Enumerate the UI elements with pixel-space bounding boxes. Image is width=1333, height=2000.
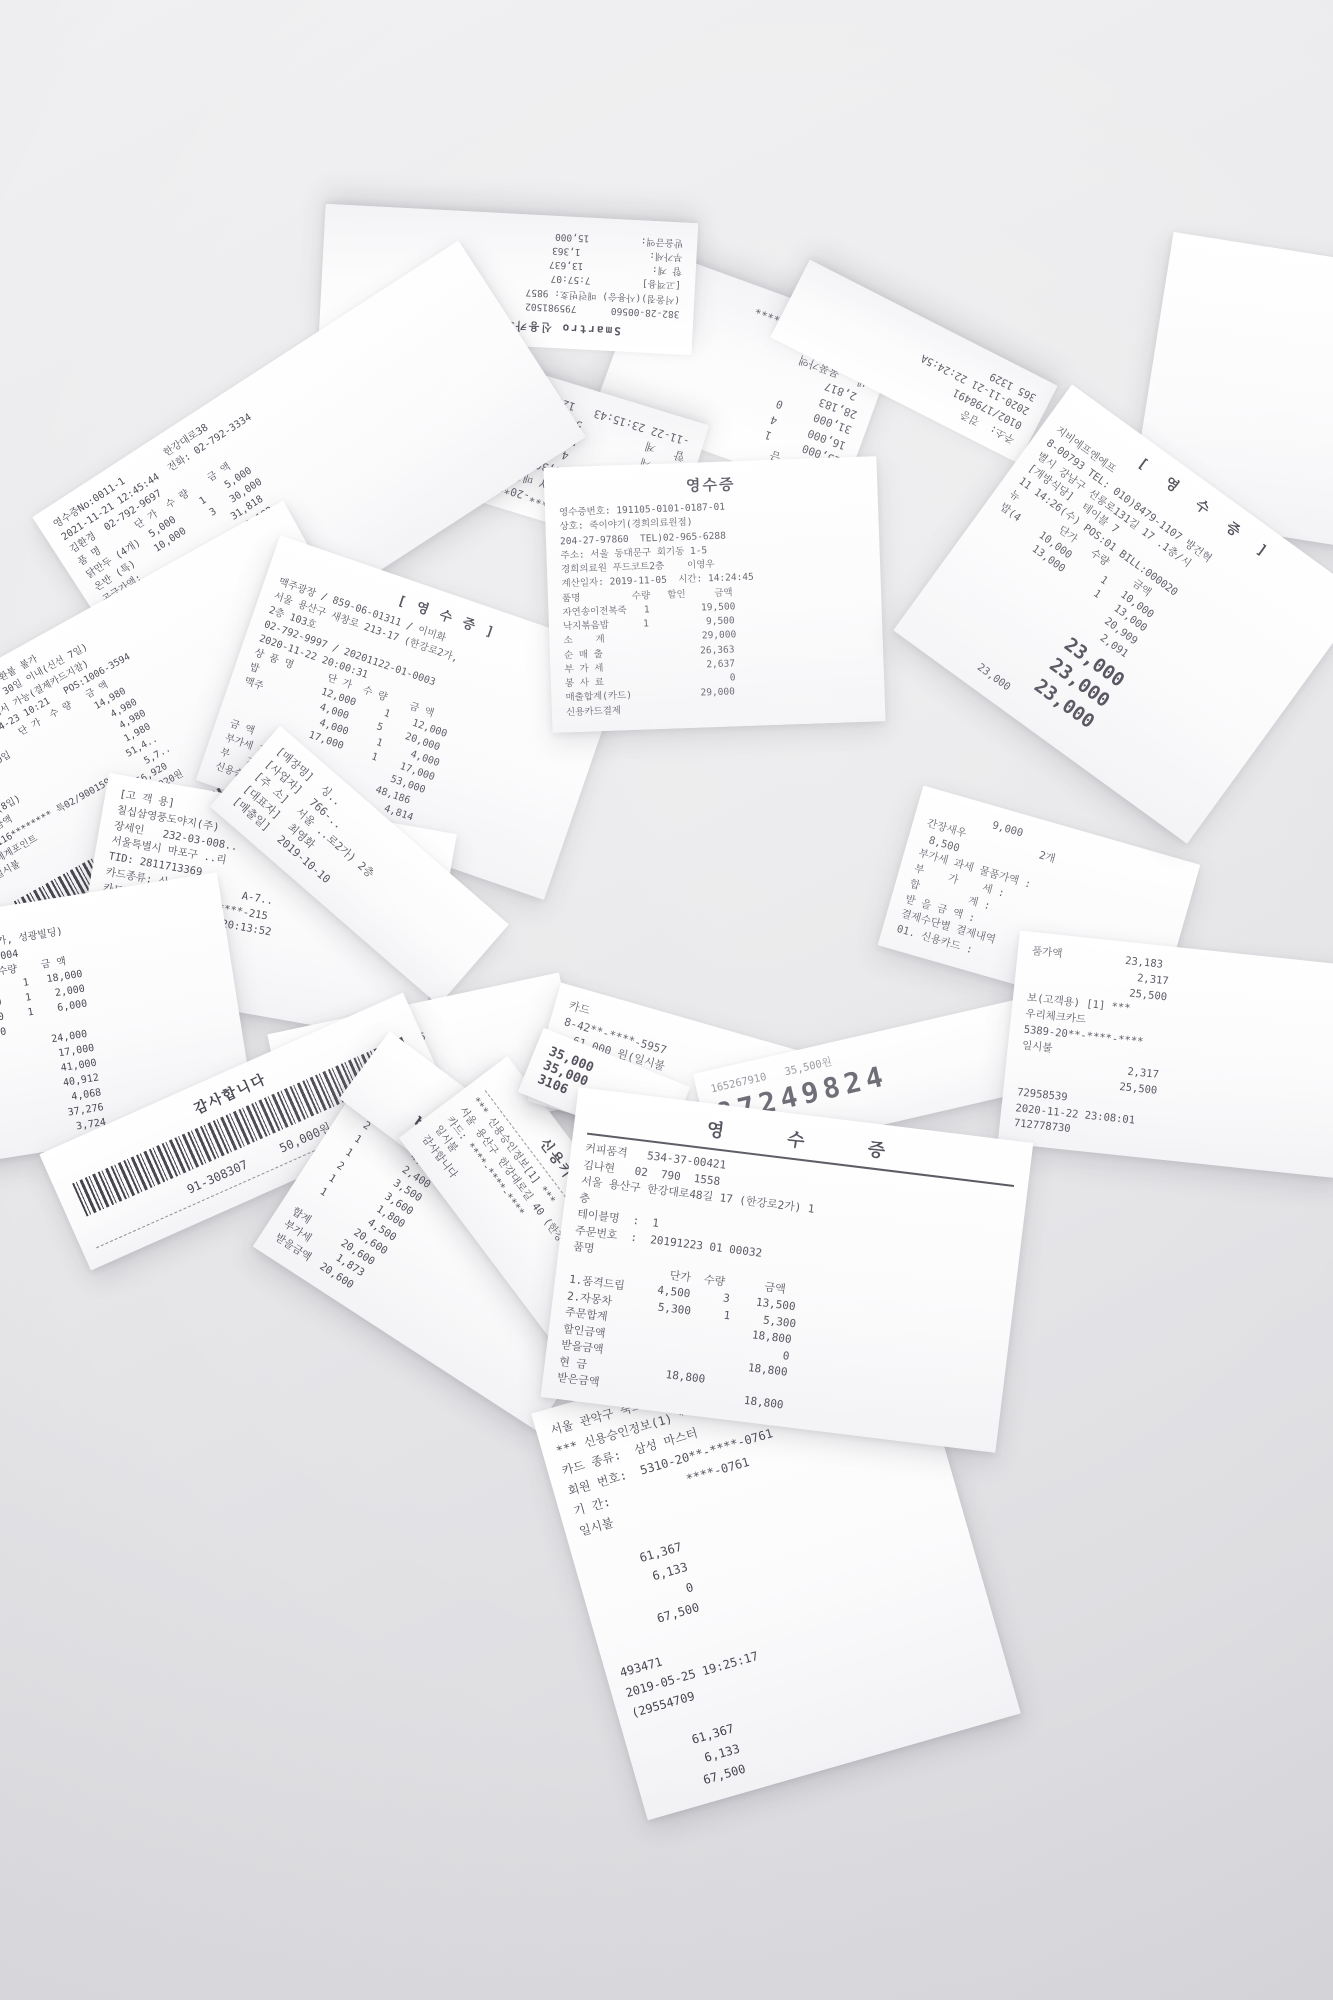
receipt-text: 영수증번호: 191105-0101-0187-01 상호: 죽이야기(경희의료… [559, 496, 871, 720]
receipt-text: 품가액 23,183 2,317 25,500 보(고객용) [1] *** 우… [1013, 944, 1333, 1165]
receipt-jook-story: 영수증 영수증번호: 191105-0101-0187-01 상호: 죽이야기(… [543, 456, 885, 732]
receipt-coffee-poomkyeok: 영 수 증 커피품격 534-37-00421 김나현 02 790 1558 … [541, 1087, 1034, 1452]
receipt-text: 커피품격 534-37-00421 김나현 02 790 1558 서울 용산구… [556, 1141, 1013, 1439]
receipts-pile-photo: 할 금 15,000 1 16,000 4 31,000 0 28,183 2,… [0, 0, 1333, 2000]
receipt-woori-check-card: 품가액 23,183 2,317 25,500 보(고객용) [1] *** 우… [998, 931, 1333, 1179]
receipt-title: 영수증 [558, 469, 864, 501]
